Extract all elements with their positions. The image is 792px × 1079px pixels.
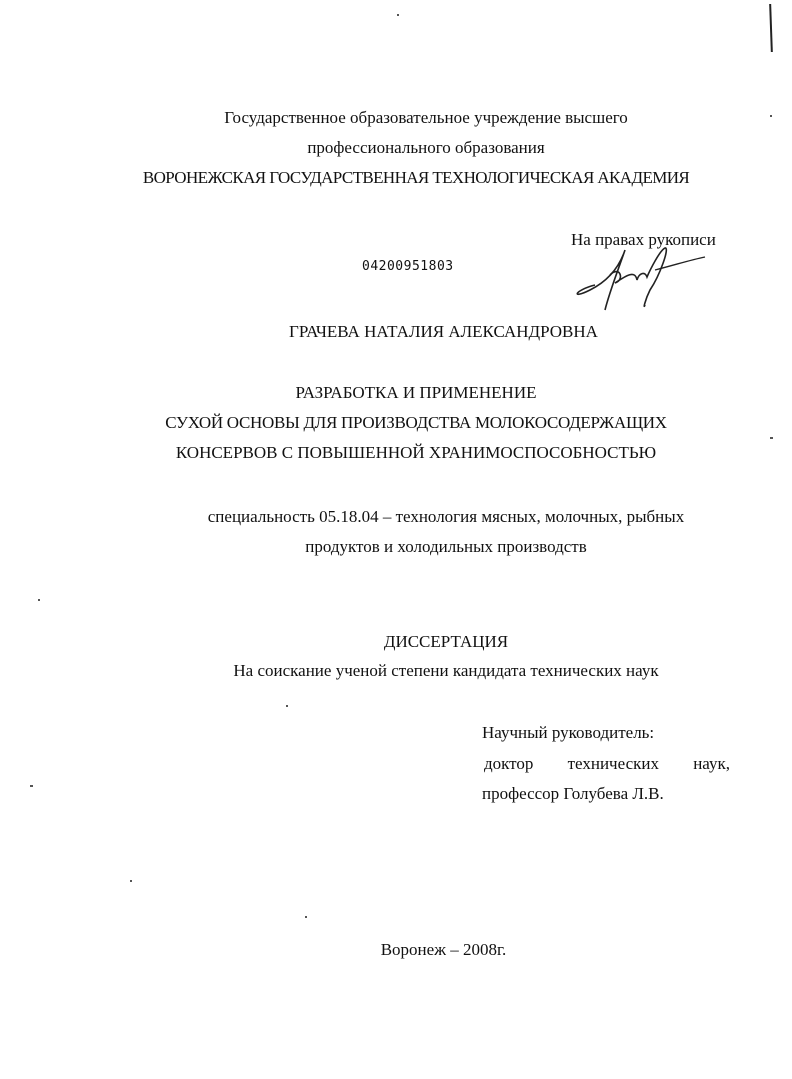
signature-icon <box>565 245 715 315</box>
specialty-line-1: специальность 05.18.04 – технология мясн… <box>0 507 792 527</box>
institution-line-1: Государственное образовательное учрежден… <box>0 108 792 128</box>
supervisor-title-word: наук, <box>693 754 730 774</box>
scan-speck <box>286 705 288 707</box>
supervisor-title: доктор технических наук, <box>484 754 730 774</box>
specialty-line-2: продуктов и холодильных производств <box>0 537 792 557</box>
degree-line: На соискание ученой степени кандидата те… <box>0 661 792 681</box>
scan-speck <box>770 115 772 117</box>
supervisor-title-word: технических <box>568 754 659 774</box>
scan-speck <box>770 437 773 439</box>
scan-artifact-line <box>769 4 773 52</box>
supervisor-name: профессор Голубева Л.В. <box>482 784 664 804</box>
title-line-1: РАЗРАБОТКА И ПРИМЕНЕНИЕ <box>0 383 792 403</box>
supervisor-label: Научный руководитель: <box>482 723 654 743</box>
supervisor-title-word: доктор <box>484 754 533 774</box>
scan-speck <box>38 599 40 601</box>
title-line-3: КОНСЕРВОВ С ПОВЫШЕННОЙ ХРАНИМОСПОСОБНОСТ… <box>0 443 792 463</box>
institution-line-2: профессионального образования <box>0 138 792 158</box>
scan-speck <box>305 916 307 918</box>
author-name: ГРАЧЕВА НАТАЛИЯ АЛЕКСАНДРОВНА <box>0 322 792 342</box>
catalog-number: 04200951803 <box>362 257 454 277</box>
scan-speck <box>30 785 33 787</box>
title-line-2: СУХОЙ ОСНОВЫ ДЛЯ ПРОИЗВОДСТВА МОЛОКОСОДЕ… <box>0 413 792 433</box>
academy-name: ВОРОНЕЖСКАЯ ГОСУДАРСТВЕННАЯ ТЕХНОЛОГИЧЕС… <box>0 168 792 188</box>
city-year: Воронеж – 2008г. <box>0 940 792 960</box>
scan-speck <box>130 880 132 882</box>
document-type: ДИССЕРТАЦИЯ <box>0 632 792 652</box>
scan-speck <box>397 14 399 16</box>
